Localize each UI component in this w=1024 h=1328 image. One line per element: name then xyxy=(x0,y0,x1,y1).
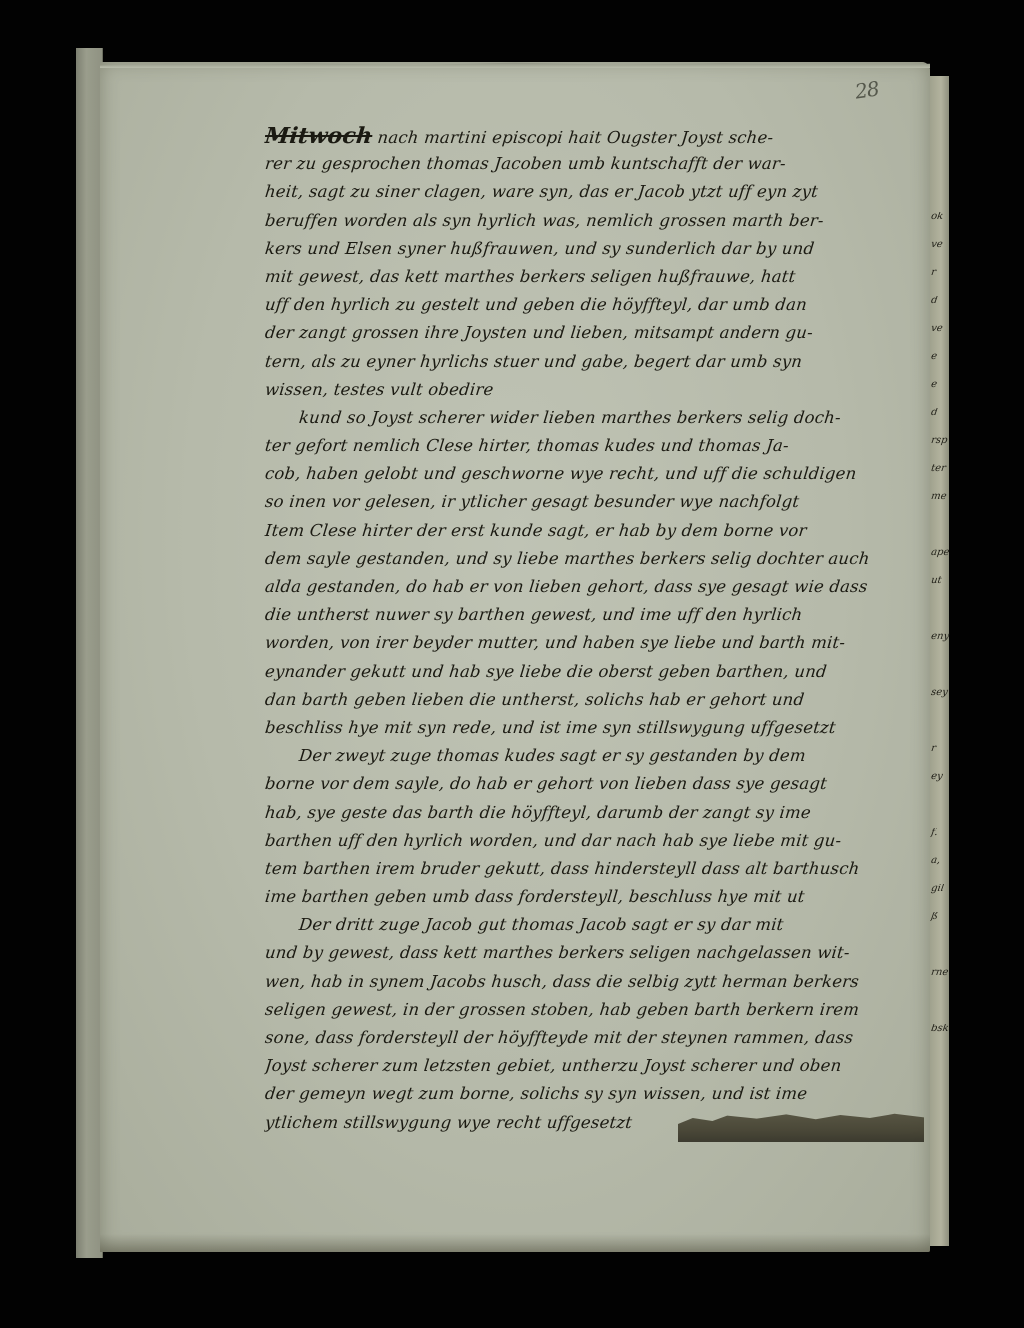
right-margin-fragment: eny xyxy=(928,632,949,642)
manuscript-line: heit, sagt zu siner clagen, ware syn, da… xyxy=(264,178,897,206)
manuscript-line: die untherst nuwer sy barthen gewest, un… xyxy=(264,601,897,629)
manuscript-line: alda gestanden, do hab er von lieben geh… xyxy=(264,573,897,601)
right-margin-fragment: sey xyxy=(928,688,949,698)
manuscript-line: kers und Elsen syner hußfrauwen, und sy … xyxy=(264,235,897,263)
manuscript-line: dem sayle gestanden, und sy liebe marthe… xyxy=(264,545,897,573)
manuscript-line: wen, hab in synem Jacobs husch, dass die… xyxy=(264,968,897,996)
manuscript-line: seligen gewest, in der grossen stoben, h… xyxy=(264,996,897,1024)
manuscript-line: ime barthen geben umb dass fordersteyll,… xyxy=(264,883,897,911)
right-margin-fragment: d xyxy=(928,408,949,418)
manuscript-line: eynander gekutt und hab sye liebe die ob… xyxy=(264,658,897,686)
right-margin-fragment: r xyxy=(928,268,949,278)
right-margin-fragment: e xyxy=(928,352,949,362)
page-bottom-edge xyxy=(100,1234,930,1252)
right-margin-fragment: r xyxy=(928,744,949,754)
manuscript-line: barthen uff den hyrlich worden, und dar … xyxy=(264,827,897,855)
manuscript-line: tem barthen irem bruder gekutt, dass hin… xyxy=(264,855,897,883)
manuscript-line: mit gewest, das kett marthes berkers sel… xyxy=(264,263,897,291)
struck-word: Mitwoch xyxy=(264,123,374,149)
manuscript-line: wissen, testes vult obedire xyxy=(264,376,897,404)
manuscript-line: beruffen worden als syn hyrlich was, nem… xyxy=(264,207,897,235)
right-margin-fragment: d xyxy=(928,296,949,306)
manuscript-page: 28 Mitwoch nach martini episcopi hait Ou… xyxy=(100,62,930,1252)
right-margin-fragment: bske xyxy=(928,1024,949,1034)
manuscript-line: Mitwoch nach martini episcopi hait Ougst… xyxy=(264,122,897,150)
right-margin-fragment: ter xyxy=(928,464,949,474)
manuscript-line: kund so Joyst scherer wider lieben marth… xyxy=(264,404,897,432)
manuscript-line: der zangt grossen ihre Joysten und liebe… xyxy=(264,319,897,347)
right-margin-fragment: ey xyxy=(928,772,949,782)
right-margin-fragment: ok xyxy=(928,212,949,222)
right-margin-fragment: e xyxy=(928,380,949,390)
right-margin-fragment: a, xyxy=(928,856,949,866)
page-tab xyxy=(76,48,103,1258)
right-margin-fragment: rsp xyxy=(928,436,949,446)
manuscript-line: Joyst scherer zum letzsten gebiet, unthe… xyxy=(264,1052,897,1080)
manuscript-line: beschliss hye mit syn rede, und ist ime … xyxy=(264,714,897,742)
manuscript-line: cob, haben gelobt und geschworne wye rec… xyxy=(264,460,897,488)
right-margin-fragment: rne xyxy=(928,968,949,978)
manuscript-line: ter gefort nemlich Clese hirter, thomas … xyxy=(264,432,897,460)
manuscript-line: Der zweyt zuge thomas kudes sagt er sy g… xyxy=(264,742,897,770)
manuscript-line: rer zu gesprochen thomas Jacoben umb kun… xyxy=(264,150,897,178)
manuscript-text-block: Mitwoch nach martini episcopi hait Ougst… xyxy=(265,122,895,1137)
right-margin-fragment: gil xyxy=(928,884,949,894)
right-margin-fragment: f. xyxy=(928,828,949,838)
manuscript-line: Item Clese hirter der erst kunde sagt, e… xyxy=(264,517,897,545)
manuscript-line: uff den hyrlich zu gestelt und geben die… xyxy=(264,291,897,319)
manuscript-line: hab, sye geste das barth die höyffteyl, … xyxy=(264,799,897,827)
manuscript-line: Der dritt zuge Jacob gut thomas Jacob sa… xyxy=(264,911,897,939)
right-margin-fragment: me xyxy=(928,492,949,502)
manuscript-line: dan barth geben lieben die untherst, sol… xyxy=(264,686,897,714)
folio-number: 28 xyxy=(853,76,880,103)
right-margin-fragment: ape xyxy=(928,548,949,558)
right-margin-fragment: ve xyxy=(928,324,949,334)
manuscript-line: tern, als zu eyner hyrlichs stuer und ga… xyxy=(264,348,897,376)
manuscript-line: und by gewest, dass kett marthes berkers… xyxy=(264,939,897,967)
manuscript-line: sone, dass fordersteyll der höyffteyde m… xyxy=(264,1024,897,1052)
right-margin-fragment: ve xyxy=(928,240,949,250)
manuscript-line: borne vor dem sayle, do hab er gehort vo… xyxy=(264,770,897,798)
manuscript-line: worden, von irer beyder mutter, und habe… xyxy=(264,629,897,657)
manuscript-line: so inen vor gelesen, ir ytlicher gesagt … xyxy=(264,488,897,516)
right-margin-fragment: ß xyxy=(928,912,949,922)
right-page-edge: okverdveeedrsptermeapeutenyseyreyf.a,gil… xyxy=(928,76,949,1246)
right-margin-fragment: ut xyxy=(928,576,949,586)
manuscript-line: der gemeyn wegt zum borne, solichs sy sy… xyxy=(264,1080,897,1108)
